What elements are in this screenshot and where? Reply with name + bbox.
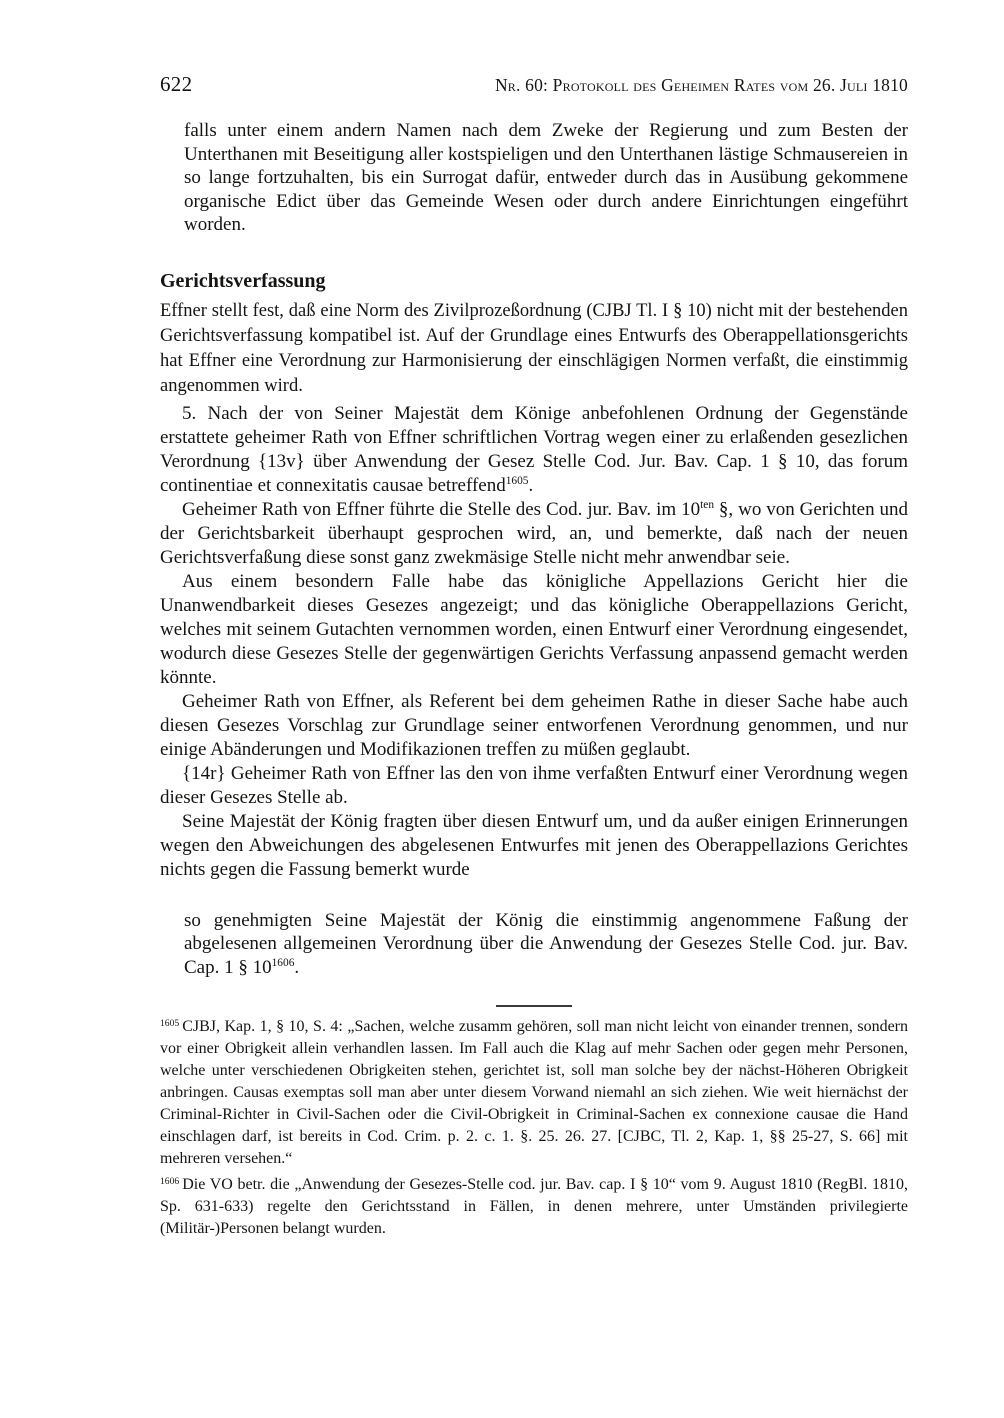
footnote-1606: 1606Die VO betr. die „Anwendung der Gese… [160, 1174, 908, 1240]
footnote-text-1605: CJBJ, Kap. 1, § 10, S. 4: „Sachen, welch… [160, 1018, 908, 1167]
footnotes-section: 1605CJBJ, Kap. 1, § 10, S. 4: „Sachen, w… [160, 1016, 908, 1240]
body-paragraph-5: {14r} Geheimer Rath von Effner las den v… [160, 762, 908, 810]
running-title: Nr. 60: Protokoll des Geheimen Rates vom… [495, 75, 908, 96]
body-paragraph-1: 5. Nach der von Seiner Majestät dem Köni… [160, 402, 908, 498]
body-paragraph-4: Geheimer Rath von Effner, als Referent b… [160, 690, 908, 762]
page-header: 622 Nr. 60: Protokoll des Geheimen Rates… [160, 72, 908, 97]
opening-quote-block: falls unter einem andern Namen nach dem … [184, 119, 908, 237]
body-paragraph-6: Seine Majestät der König fragten über di… [160, 810, 908, 882]
footnote-marker-1606: 1606 [160, 1176, 179, 1187]
footnote-marker-1605: 1605 [160, 1018, 179, 1029]
footnote-separator-rule [496, 1005, 572, 1007]
footnote-text-1606: Die VO betr. die „Anwendung der Gesezes-… [160, 1176, 908, 1237]
body-paragraph-2: Geheimer Rath von Effner führte die Stel… [160, 498, 908, 570]
closing-quote-block: so genehmigten Seine Majestät der König … [184, 909, 908, 980]
regest-summary: Effner stellt fest, daß eine Norm des Zi… [160, 299, 908, 399]
page-number: 622 [160, 72, 192, 97]
footnote-1605: 1605CJBJ, Kap. 1, § 10, S. 4: „Sachen, w… [160, 1016, 908, 1170]
book-page: 622 Nr. 60: Protokoll des Geheimen Rates… [0, 0, 1004, 1418]
body-text: 5. Nach der von Seiner Majestät dem Köni… [160, 402, 908, 882]
section-heading: Gerichtsverfassung [160, 270, 908, 293]
page-content: 622 Nr. 60: Protokoll des Geheimen Rates… [160, 72, 908, 1244]
body-paragraph-3: Aus einem besondern Falle habe das könig… [160, 570, 908, 690]
